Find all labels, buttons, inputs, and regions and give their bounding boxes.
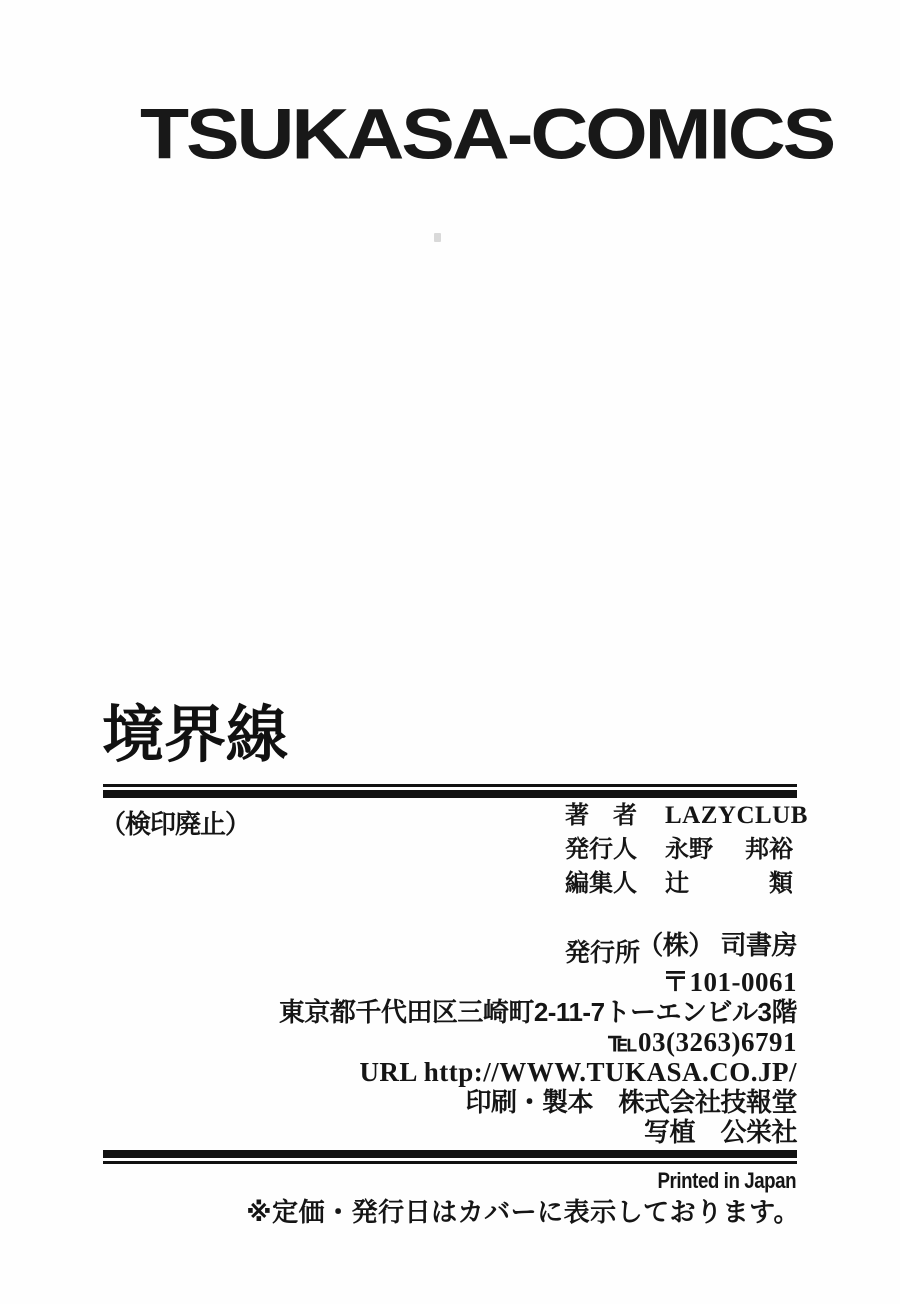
printed-in-japan-label: Printed in Japan [657,1168,796,1194]
divider-bottom-thick-line [103,1150,797,1158]
publisher-address: 東京都千代田区三崎町2-11-7トーエンビル3階 [279,997,797,1027]
phone-number: ℡03(3263)6791 [279,1027,797,1057]
divider-top-thick-line [103,790,797,798]
staff-row-author: 著 者 LAZYCLUB [565,803,793,828]
seal-abolition-note: （検印廃止） [100,804,250,841]
publisher-name: （株） 司書房 [279,930,797,960]
staff-row-issuer: 発行人 永野 邦裕 [565,837,793,862]
price-issue-date-note: ※定価・発行日はカバーに表示しております。 [246,1192,800,1229]
staff-credits-block: 著 者 LAZYCLUB 発行人 永野 邦裕 編集人 辻 類 [565,803,793,905]
editor-family-name: 辻 [665,871,689,896]
staff-row-editor: 編集人 辻 類 [565,871,793,896]
typesetting-company: 写植 公栄社 [279,1117,797,1147]
publisher-info-block: （株） 司書房 〒101-0061 東京都千代田区三崎町2-11-7トーエンビル… [279,930,797,1147]
editor-role-label: 編集人 [565,871,643,896]
issuer-role-label: 発行人 [565,837,643,862]
colophon-page: TSUKASA-COMICS 境界線 （検印廃止） 著 者 LAZYCLUB 発… [0,0,900,1304]
editor-name: 辻 類 [665,871,793,896]
website-url: URL http://WWW.TUKASA.CO.JP/ [279,1057,797,1087]
issuer-given-name: 邦裕 [745,837,793,862]
issuer-name: 永野 邦裕 [665,837,793,862]
publisher-logo: TSUKASA-COMICS [140,98,833,170]
issuer-family-name: 永野 [665,837,713,862]
postal-code: 〒101-0061 [279,967,797,997]
printing-binding-company: 印刷・製本 株式会社技報堂 [279,1087,797,1117]
divider-top-thin-line [103,784,797,787]
editor-given-name: 類 [769,871,793,896]
book-title: 境界線 [102,700,288,771]
author-role-label: 著 者 [565,803,643,828]
divider-bottom [103,1150,797,1164]
author-name: LAZYCLUB [665,803,808,828]
divider-top [103,784,797,798]
divider-bottom-thin-line [103,1161,797,1164]
scan-artifact [434,233,441,242]
